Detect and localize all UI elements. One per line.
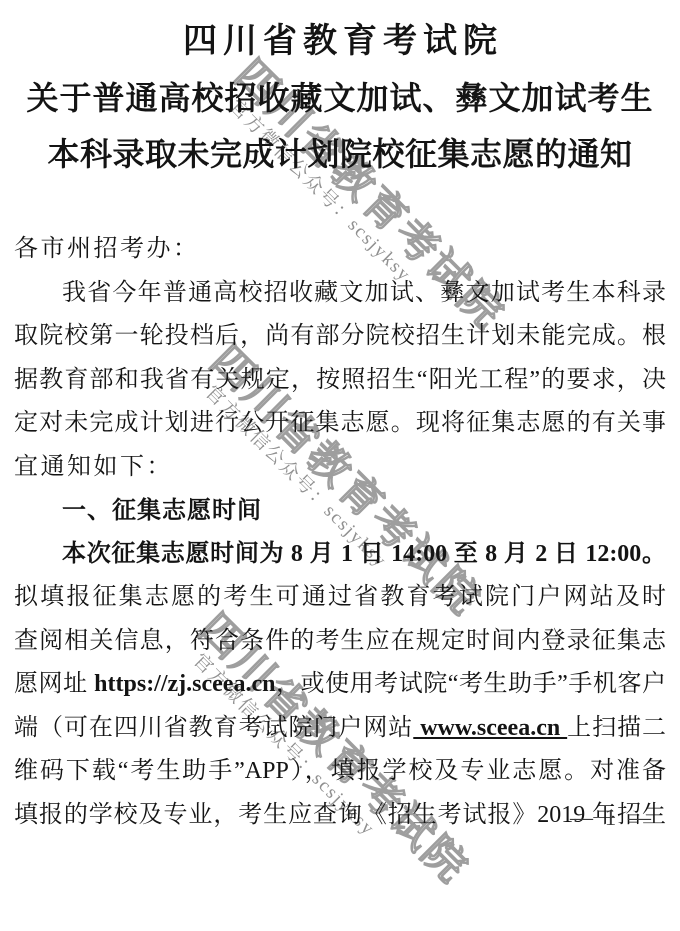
title-block: 四川省教育考试院 关于普通高校招收藏文加试、彝文加试考生 本科录取未完成计划院校… xyxy=(0,0,680,182)
para2-line-3: 查阅相关信息，符合条件的考生应在规定时间内登录征集志 xyxy=(14,620,666,664)
para1-line-1: 我省今年普通高校招收藏文加试、彝文加试考生本科录 xyxy=(14,272,666,316)
para1-line-2: 取院校第一轮投档后，尚有部分院校招生计划未能完成。根 xyxy=(14,315,666,359)
salutation: 各市州招考办： xyxy=(14,228,666,272)
scanned-notice-page: 四川省教育考试院 官方微信公众号：scsjyksy 四川省教育考试院 官方微信公… xyxy=(0,0,680,931)
org-title: 四川省教育考试院 xyxy=(0,13,680,70)
volunteer-time-line: 本次征集志愿时间为 8 月 1 日 14:00 至 8 月 2 日 12:00。 xyxy=(14,533,666,577)
notice-title-line-1: 关于普通高校招收藏文加试、彝文加试考生 xyxy=(0,70,680,126)
para2-line-2: 拟填报征集志愿的考生可通过省教育考试院门户网站及时 xyxy=(14,576,666,620)
document-content: 四川省教育考试院 关于普通高校招收藏文加试、彝文加试考生 本科录取未完成计划院校… xyxy=(0,0,680,837)
body-text: 各市州招考办： 我省今年普通高校招收藏文加试、彝文加试考生本科录 取院校第一轮投… xyxy=(0,228,680,837)
para1-line-3: 据教育部和我省有关规定，按照招生“阳光工程”的要求，决 xyxy=(14,359,666,403)
section-1-heading: 一、征集志愿时间 xyxy=(14,489,666,533)
para1-line-5: 宜通知如下： xyxy=(14,446,666,490)
para2-line-4-text: 愿网址 xyxy=(14,671,94,697)
para2-line-5-text: 上扫描二 xyxy=(567,715,666,741)
para1-line-4: 定对未完成计划进行公开征集志愿。现将征集志愿的有关事 xyxy=(14,402,666,446)
url-www-sceea: www.sceea.cn xyxy=(413,715,567,741)
para2-line-4-text: ，或使用考试院“考生助手”手机客户 xyxy=(275,671,666,697)
para2-line-5-text: 端（可在四川省教育考试院门户网站 xyxy=(14,715,413,741)
para2-line-6: 维码下载“考生助手”APP），填报学校及专业志愿。对准备 xyxy=(14,750,666,794)
url-zj-sceea: https://zj.sceea.cn xyxy=(94,671,275,697)
para2-line-7: 填报的学校及专业，考生应查询《招生考试报》2019 年招生 xyxy=(14,794,666,838)
notice-title-line-2: 本科录取未完成计划院校征集志愿的通知 xyxy=(0,126,680,182)
page-number: — 1 — xyxy=(570,805,654,831)
para2-line-4: 愿网址 https://zj.sceea.cn，或使用考试院“考生助手”手机客户 xyxy=(14,663,666,707)
para2-line-5: 端（可在四川省教育考试院门户网站 www.sceea.cn 上扫描二 xyxy=(14,707,666,751)
